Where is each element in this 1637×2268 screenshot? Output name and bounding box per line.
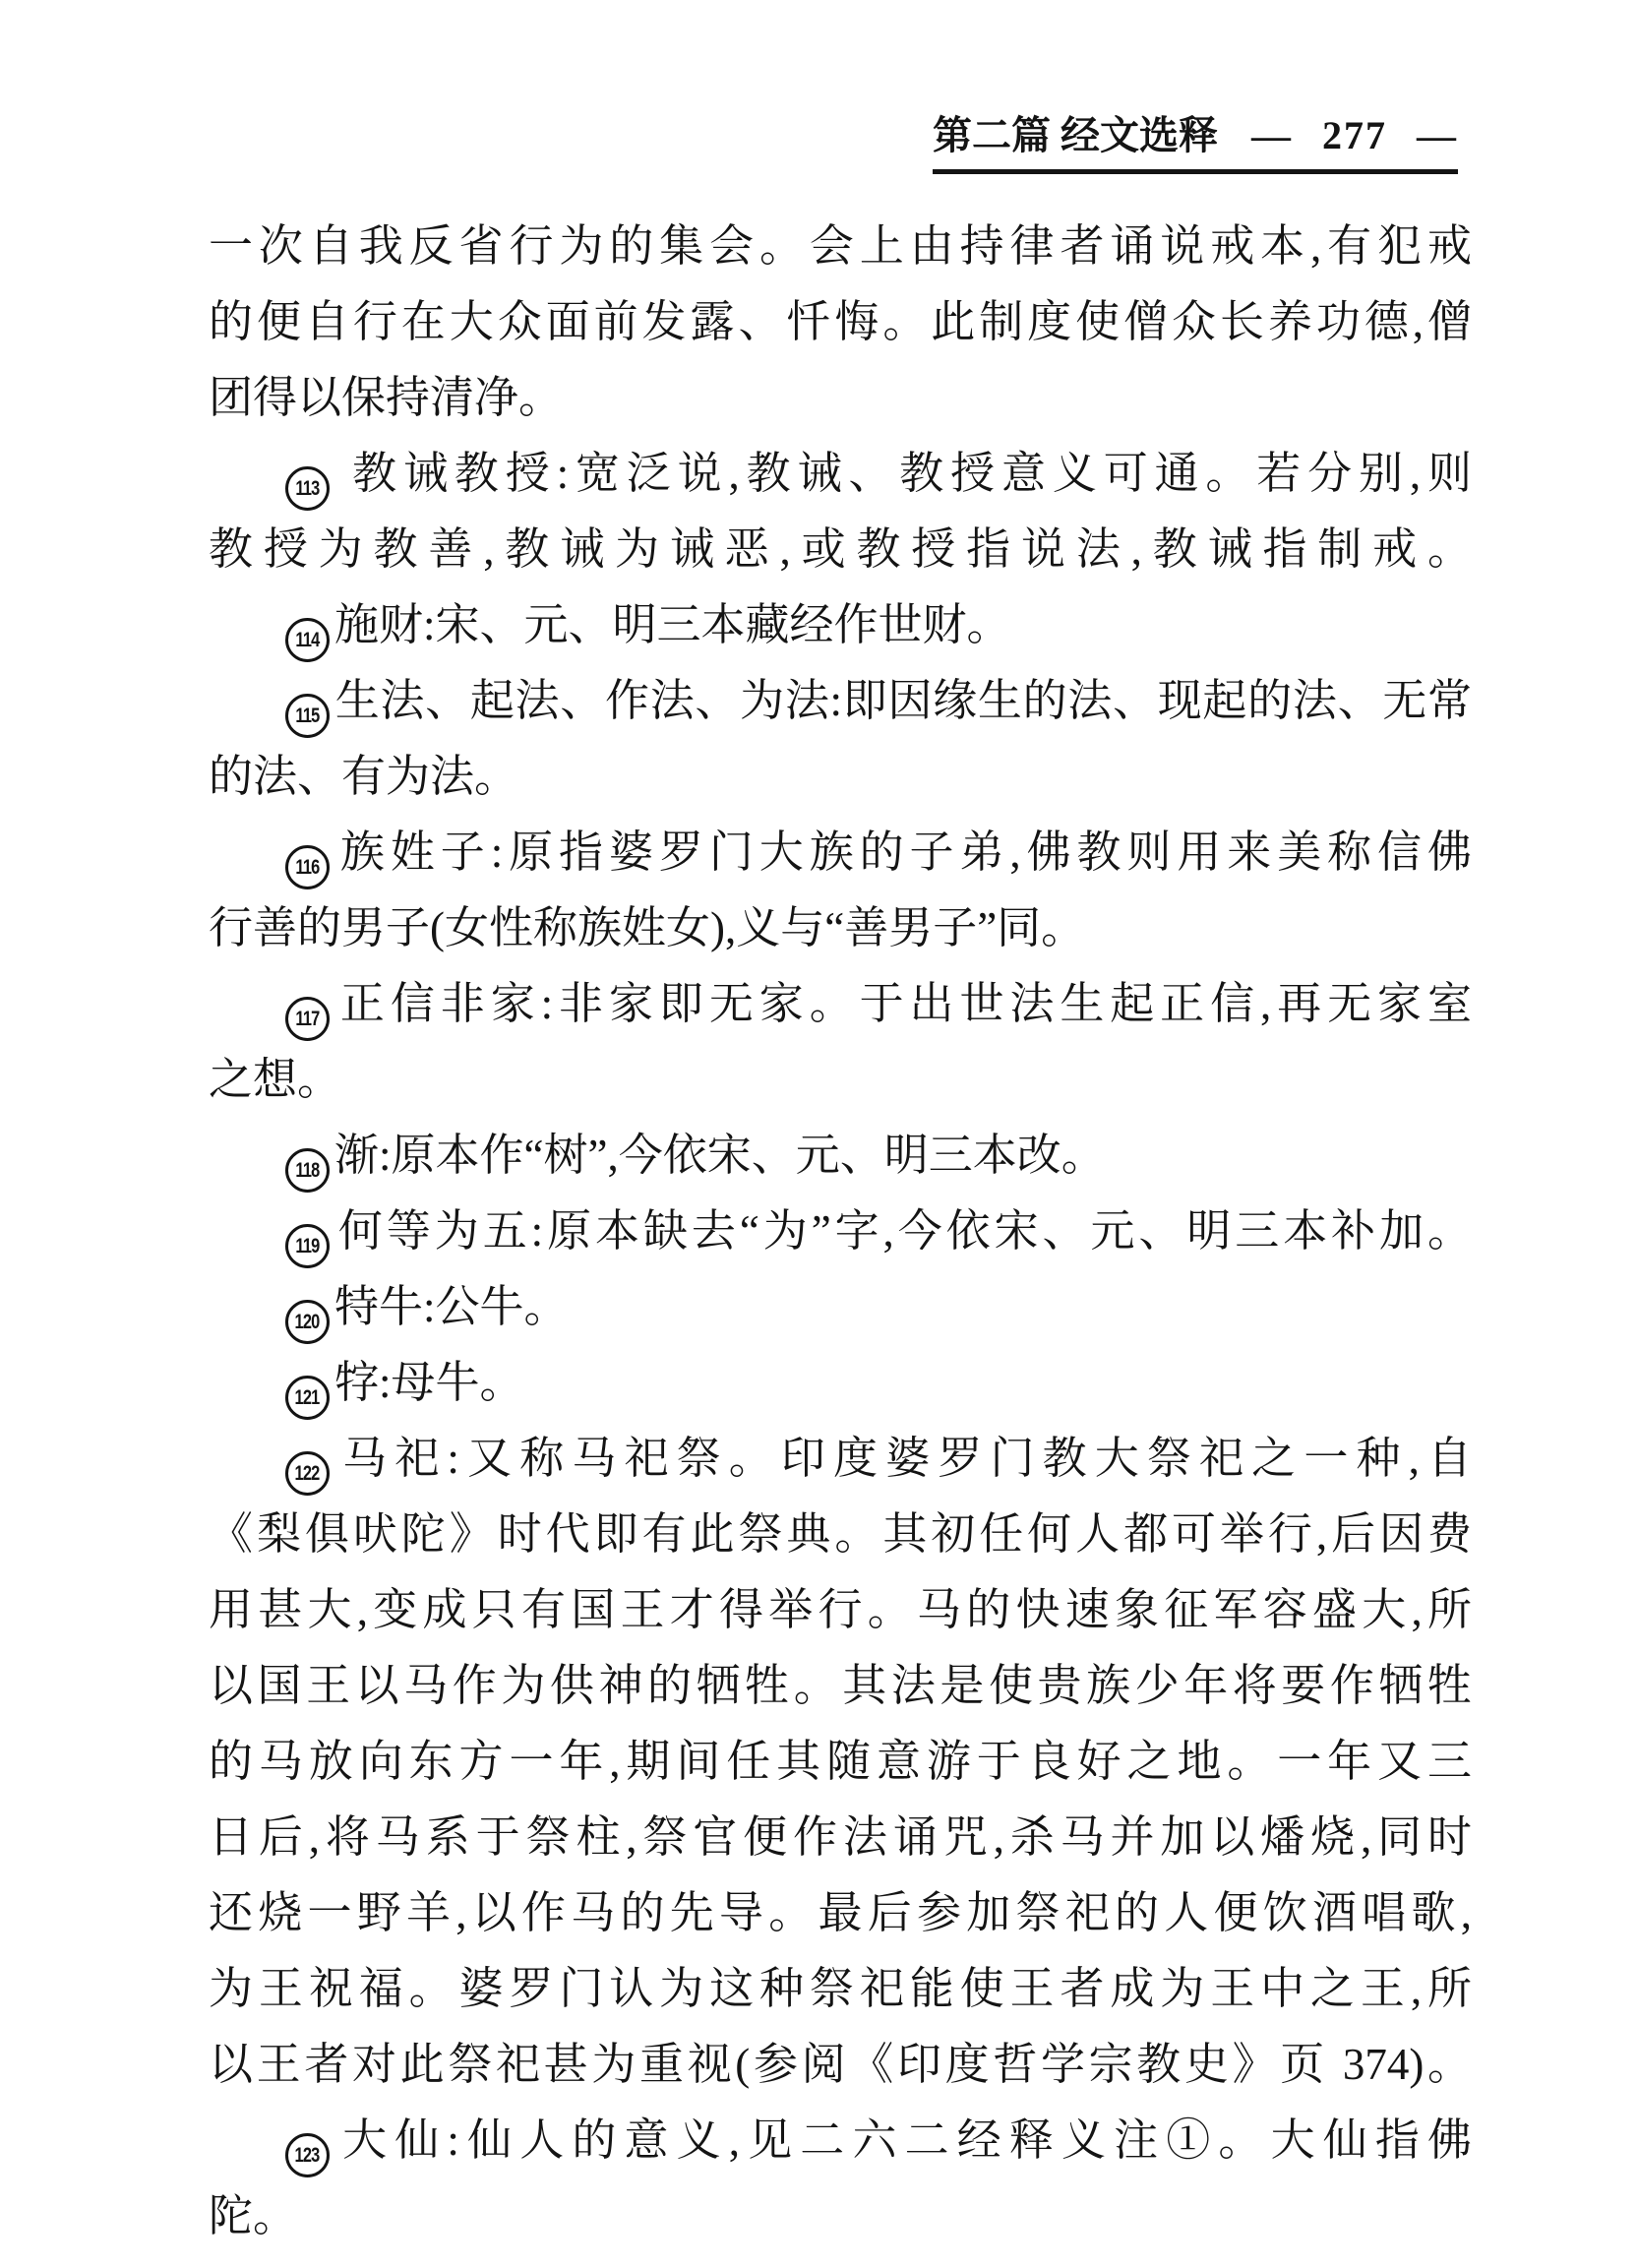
text-line: 117正信非家:非家即无家。于出世法生起正信,再无家室 <box>209 966 1472 1042</box>
text-line: 之想。 <box>209 1042 1472 1118</box>
page: 第二篇 经文选释— 277 — 一次自我反省行为的集会。会上由持律者诵说戒本,有… <box>0 0 1637 2268</box>
note-number: 114 <box>295 630 319 650</box>
text-line: 123大仙:仙人的意义,见二六二经释义注①。大仙指佛 <box>209 2103 1472 2178</box>
text-line: 《梨俱吠陀》时代即有此祭典。其初任何人都可举行,后因费 <box>209 1497 1472 1572</box>
note-number: 122 <box>295 1463 320 1484</box>
note-number-badge: 117 <box>285 997 330 1041</box>
text-line: 114施财:宋、元、明三本藏经作世财。 <box>209 587 1472 663</box>
text-line: 还烧一野羊,以作马的先导。最后参加祭祀的人便饮酒唱歌, <box>209 1875 1472 1951</box>
text-line: 日后,将马系于祭柱,祭官便作法诵咒,杀马并加以燔烧,同时 <box>209 1800 1472 1875</box>
text-line: 的法、有为法。 <box>209 739 1472 815</box>
note-number-badge: 123 <box>285 2133 330 2177</box>
note-number: 115 <box>295 705 319 726</box>
note-number: 120 <box>295 1312 320 1332</box>
text-line: 行善的男子(女性称族姓女),义与“善男子”同。 <box>209 890 1472 966</box>
text-line: 团得以保持清净。 <box>209 360 1472 436</box>
note-number-badge: 118 <box>285 1148 330 1193</box>
text-line: 119何等为五:原本缺去“为”字,今依宋、元、明三本补加。 <box>209 1194 1472 1269</box>
text-line: 118渐:原本作“树”,今依宋、元、明三本改。 <box>209 1118 1472 1194</box>
body-text: 一次自我反省行为的集会。会上由持律者诵说戒本,有犯戒的便自行在大众面前发露、忏悔… <box>209 209 1472 2254</box>
note-number: 119 <box>295 1236 319 1257</box>
text-line: 的便自行在大众面前发露、忏悔。此制度使僧众长养功德,僧 <box>209 284 1472 360</box>
note-number: 118 <box>295 1160 319 1181</box>
note-number: 116 <box>295 857 319 878</box>
text-line: 一次自我反省行为的集会。会上由持律者诵说戒本,有犯戒 <box>209 209 1472 284</box>
note-number: 123 <box>295 2145 320 2166</box>
page-header: 第二篇 经文选释— 277 — <box>0 114 1458 174</box>
text-line: 以国王以马作为供神的牺牲。其法是使贵族少年将要作牺牲 <box>209 1648 1472 1724</box>
text-line: 用甚大,变成只有国王才得举行。马的快速象征军容盛大,所 <box>209 1572 1472 1648</box>
note-number-badge: 115 <box>285 694 330 738</box>
text-line: 122马祀:又称马祀祭。印度婆罗门教大祭祀之一种,自 <box>209 1421 1472 1497</box>
section-title: 第二篇 经文选释 <box>933 113 1218 157</box>
note-number-badge: 122 <box>285 1451 330 1496</box>
text-line: 120特牛:公牛。 <box>209 1269 1472 1345</box>
text-line: 121牸:母牛。 <box>209 1345 1472 1421</box>
note-number: 121 <box>295 1387 320 1408</box>
text-line: 以王者对此祭祀甚为重视(参阅《印度哲学宗教史》页 374)。 <box>209 2027 1472 2103</box>
note-number-badge: 116 <box>285 845 330 889</box>
text-line: 为王祝福。婆罗门认为这种祭祀能使王者成为王中之王,所 <box>209 1951 1472 2027</box>
note-number-badge: 119 <box>285 1224 330 1268</box>
text-line: 115生法、起法、作法、为法:即因缘生的法、现起的法、无常 <box>209 663 1472 739</box>
text-line: 陀。 <box>209 2178 1472 2254</box>
note-number-badge: 121 <box>285 1376 330 1420</box>
text-line: 116族姓子:原指婆罗门大族的子弟,佛教则用来美称信佛 <box>209 815 1472 890</box>
note-number-badge: 113 <box>285 466 330 511</box>
note-number-badge: 120 <box>285 1300 330 1344</box>
note-number-badge: 114 <box>285 618 330 662</box>
header-rule: 第二篇 经文选释— 277 — <box>933 114 1458 174</box>
note-number: 113 <box>295 478 319 499</box>
page-number: — 277 — <box>1251 113 1458 157</box>
text-line: 的马放向东方一年,期间任其随意游于良好之地。一年又三 <box>209 1724 1472 1800</box>
text-line: 教授为教善,教诫为诫恶,或教授指说法,教诫指制戒。 <box>209 512 1472 587</box>
note-number: 117 <box>295 1009 319 1029</box>
text-line: 113 教诫教授:宽泛说,教诫、教授意义可通。若分别,则 <box>209 436 1472 512</box>
